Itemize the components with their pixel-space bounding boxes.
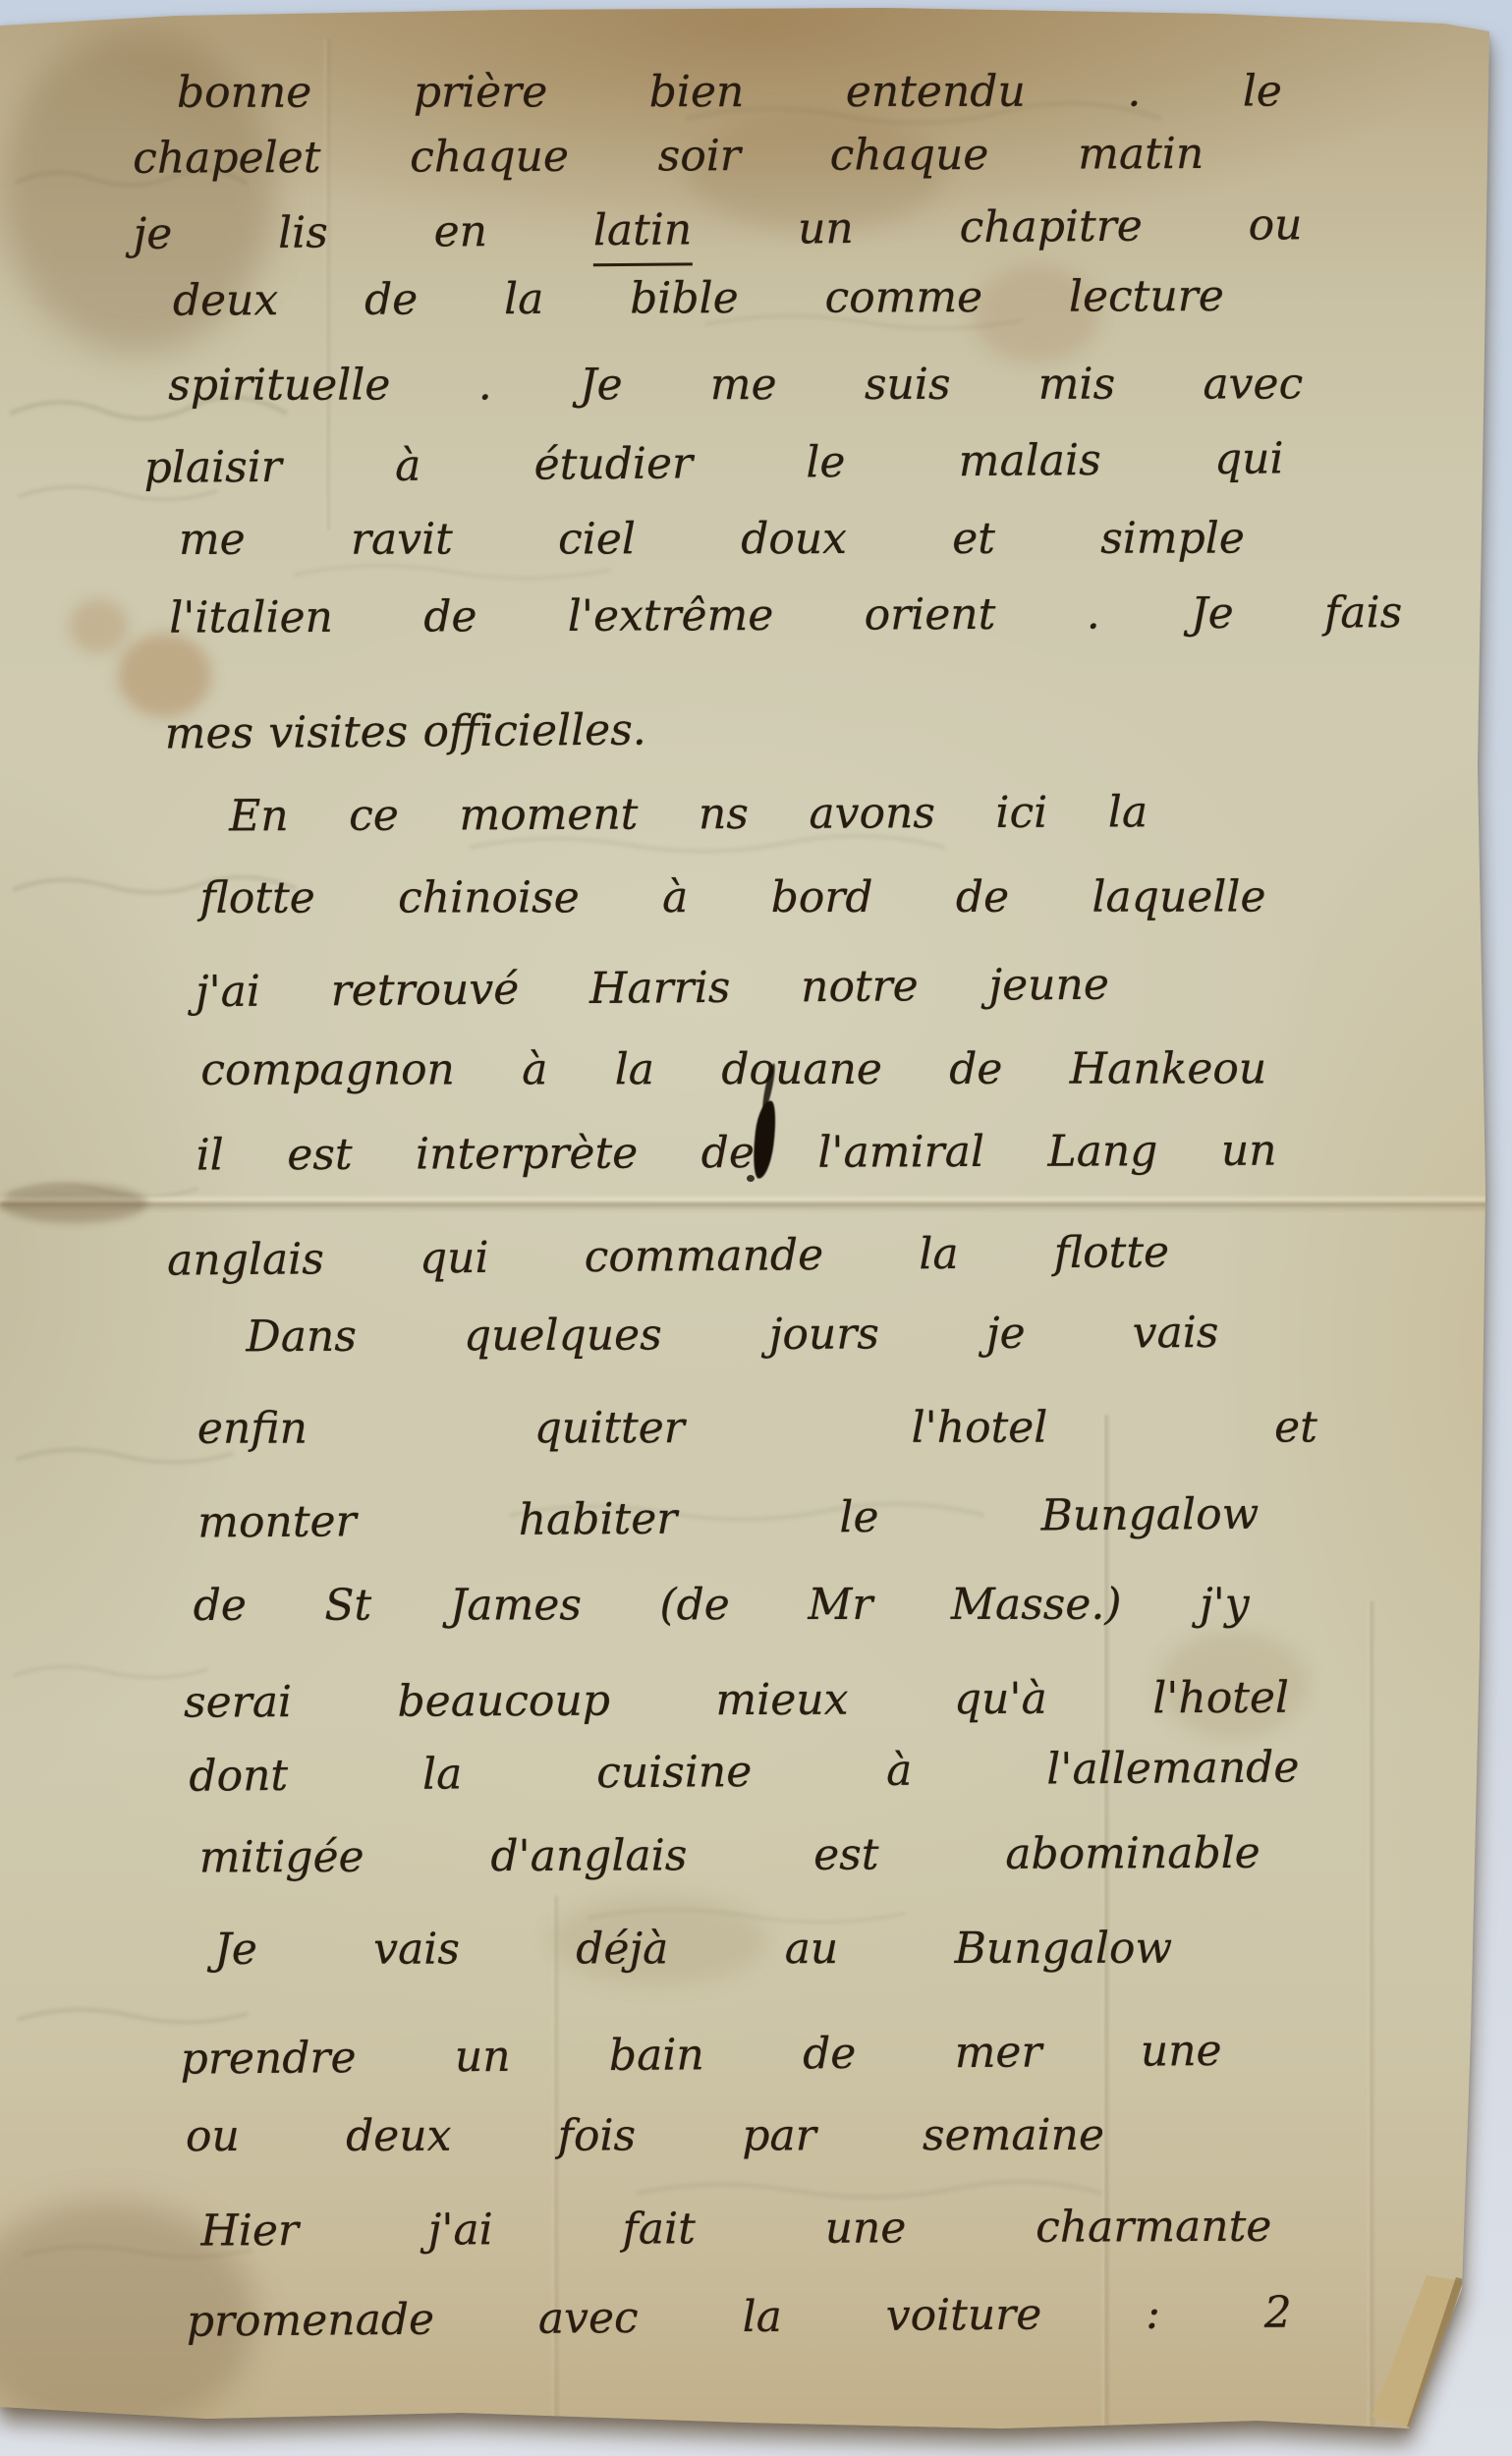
letter-line: j'airetrouvéHarrisnotrejeune bbox=[196, 957, 1109, 1021]
word: me bbox=[710, 357, 777, 413]
word: commande bbox=[585, 1227, 824, 1285]
word: bord bbox=[771, 869, 873, 925]
letter-line: chapeletchaquesoirchaquematin bbox=[133, 126, 1204, 187]
word: qu'à bbox=[954, 1671, 1047, 1728]
word: est bbox=[287, 1127, 353, 1183]
word: (de bbox=[659, 1577, 729, 1633]
word: de bbox=[949, 1041, 1002, 1097]
word: un bbox=[455, 2029, 511, 2086]
word: la bbox=[422, 1746, 463, 1803]
word: fais bbox=[1324, 585, 1402, 642]
word: monter bbox=[197, 1493, 357, 1551]
letter-line: oudeuxfoisparsemaine bbox=[186, 2107, 1104, 2164]
word: de bbox=[194, 1578, 247, 1634]
word: . bbox=[1127, 64, 1141, 120]
word: d'anglais bbox=[490, 1827, 687, 1884]
word: Mr bbox=[808, 1577, 872, 1633]
word: flotte bbox=[199, 870, 314, 926]
word: quelques bbox=[464, 1307, 662, 1364]
word: dont bbox=[189, 1748, 288, 1805]
word: soir bbox=[658, 128, 741, 185]
letter-line: monterhabiterleBungalow bbox=[197, 1486, 1259, 1551]
word: Bungalow bbox=[955, 1921, 1173, 1977]
word: une bbox=[825, 2200, 907, 2257]
word: le bbox=[839, 1489, 879, 1546]
word: deux bbox=[173, 272, 279, 329]
word: je bbox=[133, 206, 172, 263]
word: à bbox=[395, 438, 421, 494]
letter-line: bonneprièrebienentendu.le bbox=[177, 63, 1282, 121]
word: interprète bbox=[416, 1126, 638, 1183]
word: spirituelle bbox=[168, 358, 390, 414]
word: ici bbox=[995, 785, 1047, 841]
word: ns bbox=[699, 786, 749, 842]
word: mitigée bbox=[199, 1829, 364, 1886]
word: avons bbox=[809, 785, 935, 842]
letter-line: JevaisdéjàauBungalow bbox=[214, 1921, 1172, 1978]
word: voiture bbox=[886, 2287, 1042, 2344]
word: mieux bbox=[715, 1672, 848, 1729]
letter-line: Encemomentnsavonsicila bbox=[229, 784, 1148, 844]
word: l'allemande bbox=[1046, 1739, 1300, 1797]
word: je bbox=[986, 1306, 1026, 1362]
word: Bungalow bbox=[1040, 1486, 1259, 1544]
letter-line: plaisiràétudierlemalaisqui bbox=[143, 430, 1283, 496]
letter-line: Dansquelquesjoursjevais bbox=[246, 1305, 1218, 1366]
word: serai bbox=[184, 1674, 292, 1731]
page-number: 2 bbox=[1264, 2284, 1292, 2340]
letter-line: l'italiendel'extrêmeorient.Jefais bbox=[169, 585, 1402, 646]
paper-shadow: bonneprièrebienentendu.lechapeletchaques… bbox=[0, 0, 1512, 2456]
word: avec bbox=[538, 2290, 639, 2347]
letter-line: mesvisitesofficielles. bbox=[165, 702, 646, 762]
letter-line: ilestinterprètedel'amiralLangun bbox=[196, 1123, 1277, 1184]
word: orient bbox=[865, 586, 996, 643]
word: James bbox=[450, 1577, 582, 1633]
word: Harris bbox=[589, 960, 731, 1017]
word: bible bbox=[630, 270, 739, 327]
word: à bbox=[886, 1743, 913, 1799]
word: abominable bbox=[1005, 1825, 1260, 1882]
word: un bbox=[1221, 1123, 1277, 1179]
word: ou bbox=[1248, 196, 1302, 253]
word: ou bbox=[186, 2108, 240, 2164]
word: . bbox=[478, 357, 492, 413]
letter-line: seraibeaucoupmieuxqu'àl'hotel bbox=[184, 1670, 1289, 1731]
letter-line: compagnonàladouanedeHankeou bbox=[200, 1040, 1266, 1098]
word: notre bbox=[801, 958, 919, 1015]
letter-line: mitigéed'anglaisestabominable bbox=[199, 1825, 1260, 1886]
word: bonne bbox=[177, 65, 311, 121]
word: retrouvé bbox=[331, 962, 520, 1020]
word: chaque bbox=[830, 127, 989, 184]
letter-line: prendreunbaindemerune bbox=[180, 2023, 1221, 2088]
word: de bbox=[423, 588, 476, 644]
word: : bbox=[1146, 2286, 1160, 2342]
word: de bbox=[803, 2026, 857, 2083]
word: ravit bbox=[351, 512, 453, 568]
word: chaque bbox=[410, 129, 569, 186]
letter-line: flottechinoiseàborddelaquelle bbox=[199, 868, 1265, 926]
word: malais bbox=[959, 432, 1101, 489]
word: est bbox=[813, 1826, 879, 1882]
word: il bbox=[196, 1127, 224, 1183]
word: plaisir bbox=[143, 439, 282, 496]
word: à bbox=[522, 1041, 547, 1097]
letter-line: anglaisquicommandelaflotte bbox=[167, 1224, 1169, 1289]
letter-line: spirituelle.Jemesuismisavec bbox=[168, 356, 1303, 414]
word: mes bbox=[165, 705, 254, 762]
word: chapitre bbox=[959, 198, 1143, 256]
letter-line: dontlacuisineàl'allemande bbox=[189, 1739, 1299, 1804]
letter-line: promenadeaveclavoiture:2 bbox=[187, 2284, 1292, 2349]
word: fait bbox=[622, 2201, 696, 2258]
word: au bbox=[785, 1921, 839, 1977]
word: fois bbox=[558, 2108, 637, 2164]
letter-lines: bonneprièrebienentendu.lechapeletchaques… bbox=[0, 0, 1512, 2456]
word: j'ai bbox=[428, 2202, 493, 2258]
word: le bbox=[806, 434, 846, 491]
word: Je bbox=[214, 1922, 257, 1978]
word: la bbox=[919, 1226, 959, 1283]
word: l'italien bbox=[169, 589, 333, 646]
word: à bbox=[662, 869, 688, 925]
word: prière bbox=[414, 64, 547, 120]
word: bain bbox=[609, 2027, 704, 2084]
word: j'ai bbox=[196, 964, 261, 1021]
word: En bbox=[229, 788, 289, 844]
word: en bbox=[433, 203, 487, 260]
word: la bbox=[1108, 784, 1148, 840]
word: me bbox=[179, 512, 246, 568]
word: deux bbox=[346, 2108, 451, 2164]
word: ciel bbox=[558, 511, 636, 567]
word: de bbox=[701, 1125, 755, 1181]
letter-line: deuxdelabiblecommelecture bbox=[173, 268, 1224, 329]
word: simple bbox=[1100, 511, 1245, 567]
word: Masse.) bbox=[951, 1577, 1122, 1633]
word: de bbox=[364, 271, 418, 327]
word: la bbox=[615, 1041, 654, 1097]
word: beaucoup bbox=[397, 1673, 610, 1730]
word: une bbox=[1141, 2023, 1222, 2080]
word: . bbox=[1087, 586, 1100, 642]
letter-line: meravitcieldouxetsimple bbox=[179, 511, 1245, 569]
word: officielles. bbox=[422, 702, 646, 760]
letter-page: bonneprièrebienentendu.lechapeletchaques… bbox=[0, 0, 1512, 2456]
word: visites bbox=[268, 704, 408, 761]
word: suis bbox=[865, 357, 951, 413]
word: matin bbox=[1078, 126, 1204, 183]
word: Lang bbox=[1047, 1123, 1157, 1180]
word: semaine bbox=[923, 2107, 1104, 2163]
word: l'hotel bbox=[1152, 1670, 1289, 1727]
word: le bbox=[1243, 63, 1282, 119]
word: vais bbox=[373, 1922, 460, 1978]
word: Je bbox=[1191, 586, 1234, 642]
word: moment bbox=[459, 787, 638, 844]
word: de bbox=[956, 869, 1009, 925]
word: doux bbox=[741, 511, 847, 567]
word: qui bbox=[420, 1230, 489, 1287]
word: flotte bbox=[1054, 1224, 1170, 1281]
word: ce bbox=[349, 788, 399, 844]
word: et bbox=[952, 511, 995, 567]
word: jeune bbox=[988, 957, 1109, 1014]
word: quitter bbox=[534, 1400, 685, 1456]
word: déjà bbox=[576, 1921, 668, 1977]
word: Dans bbox=[246, 1309, 357, 1366]
word: compagnon bbox=[200, 1041, 455, 1098]
word: lecture bbox=[1069, 268, 1224, 325]
word: Hier bbox=[200, 2203, 299, 2260]
word: par bbox=[742, 2107, 816, 2163]
word: avec bbox=[1203, 356, 1303, 412]
word: et bbox=[1274, 1399, 1317, 1455]
word: mis bbox=[1038, 357, 1115, 413]
word: douane bbox=[721, 1041, 882, 1097]
word: chapelet bbox=[133, 130, 320, 187]
word: l'hotel bbox=[912, 1400, 1048, 1456]
word: comme bbox=[824, 269, 982, 326]
word: la bbox=[742, 2289, 782, 2346]
word: cuisine bbox=[596, 1744, 753, 1801]
word: charmante bbox=[1036, 2199, 1272, 2256]
word: laquelle bbox=[1092, 868, 1265, 924]
word: habiter bbox=[518, 1491, 677, 1549]
word: entendu bbox=[846, 64, 1026, 120]
word: anglais bbox=[167, 1231, 324, 1288]
word: enfin bbox=[197, 1401, 308, 1457]
letter-line: jelisenlatinunchapitreou bbox=[133, 196, 1302, 270]
word: lis bbox=[278, 204, 328, 261]
word: j'y bbox=[1200, 1577, 1250, 1633]
word: prendre bbox=[180, 2030, 356, 2088]
word: étudier bbox=[533, 435, 693, 493]
word: l'extrême bbox=[568, 587, 774, 644]
word: l'amiral bbox=[817, 1124, 984, 1181]
word: jours bbox=[769, 1306, 879, 1363]
letter-line: enfinquitterl'hotelet bbox=[197, 1399, 1317, 1457]
word: un bbox=[798, 200, 854, 257]
letter-line: deStJames(deMrMasse.)j'y bbox=[194, 1577, 1250, 1635]
word: Je bbox=[580, 357, 623, 413]
word: mer bbox=[954, 2024, 1041, 2081]
word: la bbox=[504, 271, 544, 327]
word: bien bbox=[649, 64, 745, 120]
word: chinoise bbox=[398, 869, 580, 925]
word: promenade bbox=[187, 2292, 435, 2350]
letter-line: Hierj'aifaitunecharmante bbox=[200, 2199, 1271, 2260]
word: Hankeou bbox=[1070, 1040, 1267, 1096]
word: St bbox=[324, 1578, 371, 1634]
word: qui bbox=[1214, 430, 1284, 487]
photo-background: bonneprièrebienentendu.lechapeletchaques… bbox=[0, 0, 1512, 2456]
word: latin bbox=[593, 201, 693, 266]
word: vais bbox=[1133, 1305, 1219, 1362]
